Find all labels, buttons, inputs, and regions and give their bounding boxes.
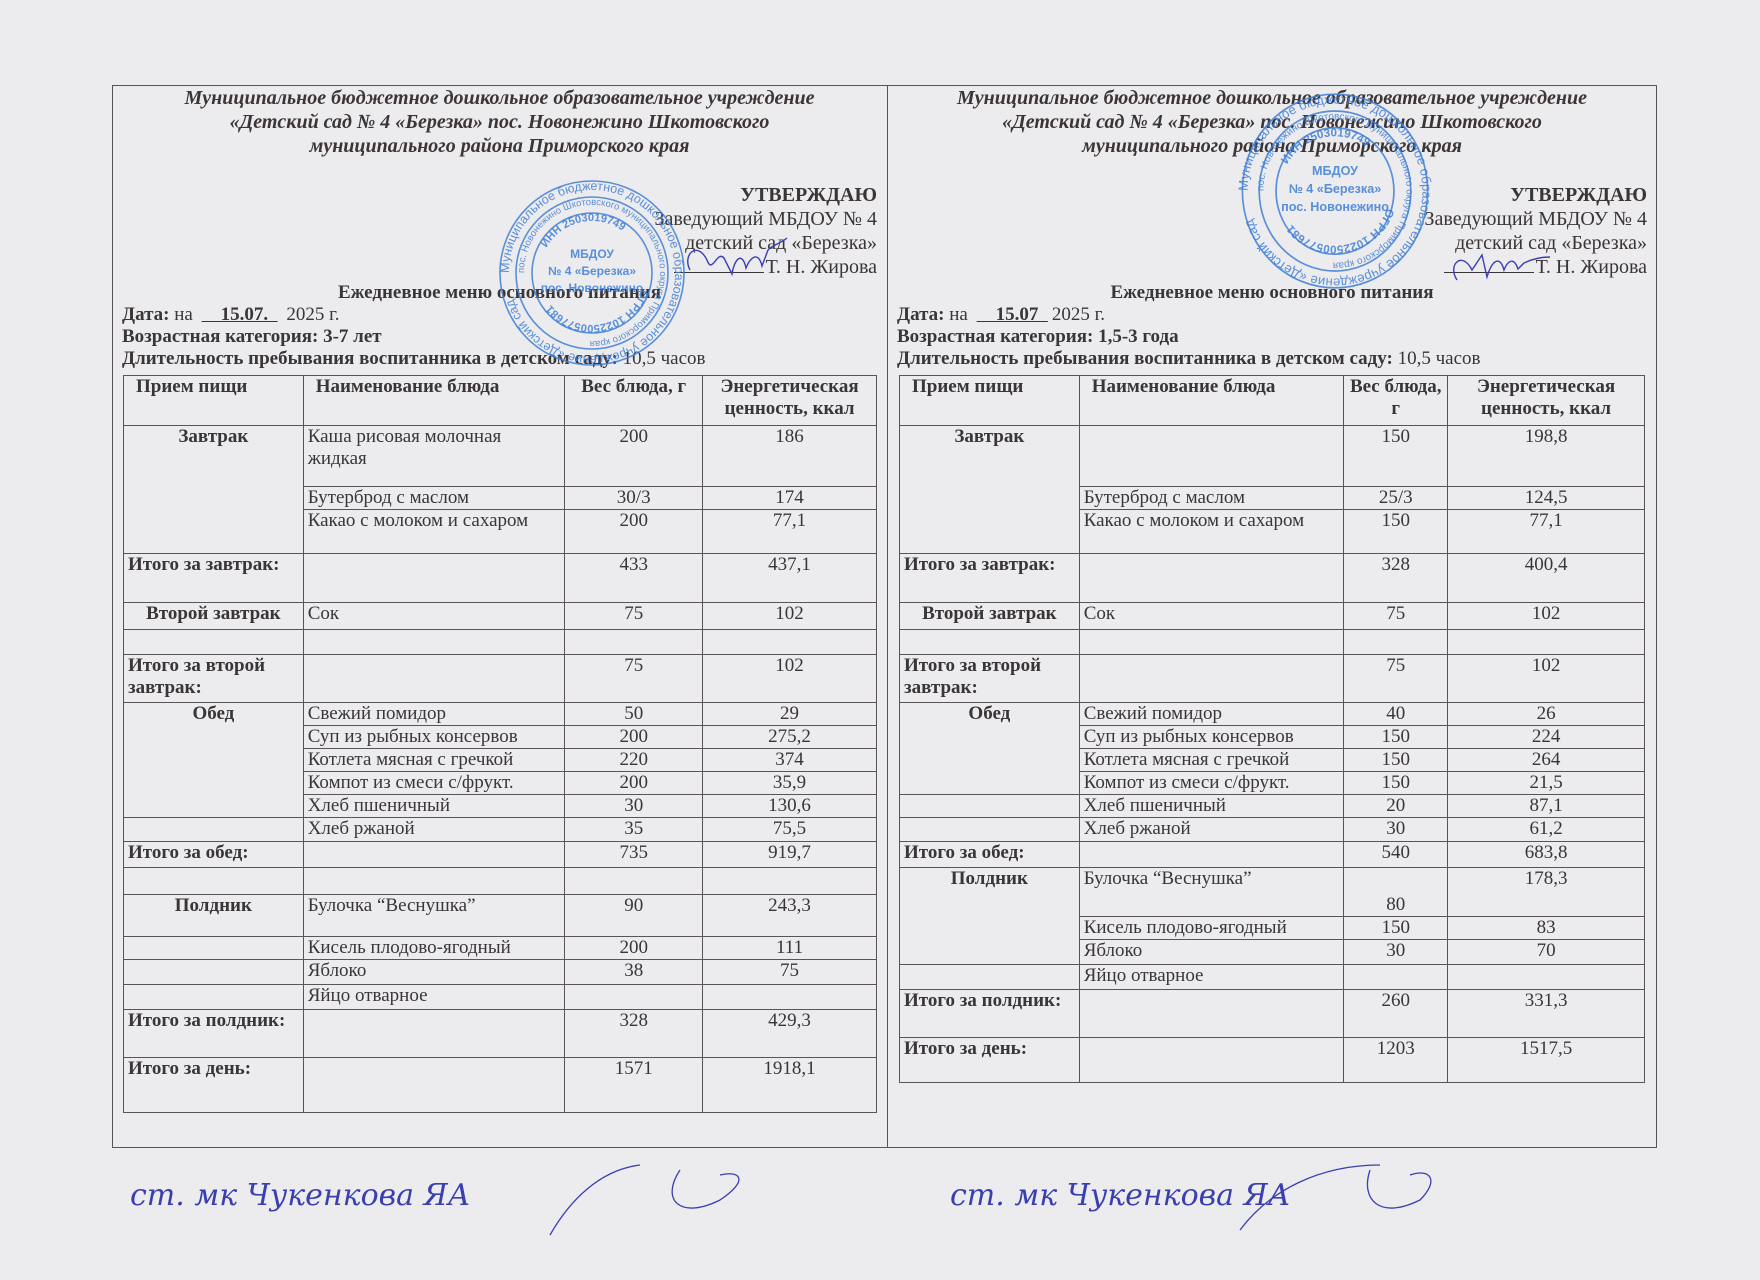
dish-kcal: 400,4 [1448,554,1645,603]
approval-title: УТВЕРЖДАЮ [1425,183,1647,207]
dish-kcal: 275,2 [703,726,877,749]
table-row: Второй завтракСок75102 [900,603,1645,630]
dish-weight: 150 [1344,749,1448,772]
total-label: Итого за день: [900,1038,1080,1083]
stay-line: Длительность пребывания воспитанника в д… [897,348,1481,370]
dish-weight: 75 [565,603,703,630]
dish-kcal: 243,3 [703,895,877,937]
dish-weight: 30 [565,795,703,818]
table-row: Яйцо отварное [124,985,877,1010]
svg-text:пос. Новонежино: пос. Новонежино [1281,200,1389,214]
dish-name [303,868,565,895]
dish-kcal: 29 [703,703,877,726]
date-value: 15.07 [973,304,1052,325]
dish-kcal: 102 [703,655,877,703]
organization-stamp: Муниципальное бюджетное дошкольное образ… [497,178,687,368]
header-weight: Вес блюда, г [1344,376,1448,426]
table-header-row: Прием пищи Наименование блюда Вес блюда,… [900,376,1645,426]
dish-name: Бутерброд с маслом [1079,487,1344,510]
dish-name: Сок [303,603,565,630]
meal-name [900,795,1080,818]
dish-weight: 200 [565,772,703,795]
dish-weight: 150 [1344,426,1448,487]
total-row: Итого за день:15711918,1 [124,1058,877,1113]
dish-weight: 150 [1344,772,1448,795]
dish-weight: 30 [1344,940,1448,965]
dish-kcal: 70 [1448,940,1645,965]
svg-text:МБДОУ: МБДОУ [1312,164,1358,178]
date-value: 15.07. [198,304,282,325]
dish-name [1079,1038,1344,1083]
age-value: 1,5-3 года [1098,326,1179,347]
age-label: Возрастная категория: [897,326,1093,347]
dish-weight [1344,965,1448,990]
dish-kcal: 374 [703,749,877,772]
dish-name: Каша рисовая молочная жидкая [303,426,565,487]
dish-weight: 150 [1344,726,1448,749]
menu-table: Прием пищи Наименование блюда Вес блюда,… [123,375,877,1113]
age-value: 3-7 лет [323,326,382,347]
dish-name [303,842,565,868]
dish-name: Хлеб пшеничный [303,795,565,818]
dish-kcal: 26 [1448,703,1645,726]
dish-name [1079,842,1344,868]
dish-kcal: 75,5 [703,818,877,842]
total-label: Итого за полдник: [124,1010,304,1058]
meal-name: Полдник [900,868,1080,965]
dish-name: Сок [1079,603,1344,630]
meal-name [900,965,1080,990]
dish-name [1079,554,1344,603]
dish-kcal: 429,3 [703,1010,877,1058]
dish-kcal: 186 [703,426,877,487]
age-line: Возрастная категория: 3-7 лет [122,326,382,348]
dish-kcal: 1517,5 [1448,1038,1645,1083]
dish-weight: 1571 [565,1058,703,1113]
dish-weight: 20 [1344,795,1448,818]
dish-name: Какао с молоком и сахаром [303,510,565,554]
dish-kcal: 75 [703,960,877,985]
table-row: Яйцо отварное [900,965,1645,990]
dish-kcal: 87,1 [1448,795,1645,818]
dish-weight: 433 [565,554,703,603]
total-label: Итого за завтрак: [900,554,1080,603]
dish-name [303,1058,565,1113]
dish-kcal: 83 [1448,917,1645,940]
dish-name: Суп из рыбных консервов [303,726,565,749]
dish-kcal [1448,630,1645,655]
total-label: Итого за день: [124,1058,304,1113]
meal-name: Обед [124,703,304,818]
dish-kcal: 1918,1 [703,1058,877,1113]
svg-text:№ 4 «Березка»: № 4 «Березка» [548,264,636,278]
dish-weight: 1203 [1344,1038,1448,1083]
dish-weight: 75 [565,655,703,703]
dish-kcal: 111 [703,937,877,960]
dish-name [1079,655,1344,703]
dish-name: Кисель плодово-ягодный [303,937,565,960]
date-line: Дата: на 15.07. 2025 г. [122,304,340,326]
dish-name: Булочка “Веснушка” [303,895,565,937]
dish-weight: 30 [1344,818,1448,842]
dish-weight: 90 [565,895,703,937]
meal-name [124,937,304,960]
dish-weight: 50 [565,703,703,726]
handwritten-signatures: ст. мк Чукенкова ЯА ст. мк Чукенкова ЯА [120,1160,1600,1250]
dish-name: Компот из смеси с/фрукт. [1079,772,1344,795]
total-row: Итого за обед:540683,8 [900,842,1645,868]
table-row: ПолдникБулочка “Веснушка”80178,3 [900,868,1645,917]
organization-stamp: Муниципальное бюджетное дошкольное образ… [1235,91,1435,291]
dish-kcal: 224 [1448,726,1645,749]
dish-weight: 220 [565,749,703,772]
dish-kcal: 437,1 [703,554,877,603]
total-row: Итого за второй завтрак:75102 [900,655,1645,703]
table-row [900,630,1645,655]
date-year: 2025 г. [1052,304,1105,325]
dish-name [1079,990,1344,1038]
table-header-row: Прием пищи Наименование блюда Вес блюда,… [124,376,877,426]
dish-weight [1344,630,1448,655]
dish-kcal [703,985,877,1010]
dish-weight: 150 [1344,917,1448,940]
dish-name [1079,426,1344,487]
meal-name [124,630,304,655]
dish-name: Яблоко [303,960,565,985]
dish-weight: 35 [565,818,703,842]
director-signature [1442,235,1552,295]
date-label: Дата: [897,304,944,325]
dish-kcal: 331,3 [1448,990,1645,1038]
svg-text:№ 4 «Березка»: № 4 «Березка» [1289,182,1382,196]
meal-name: Полдник [124,895,304,937]
dish-kcal: 21,5 [1448,772,1645,795]
dish-name: Суп из рыбных консервов [1079,726,1344,749]
table-row [124,868,877,895]
table-row: Хлеб ржаной3575,5 [124,818,877,842]
dish-weight: 150 [1344,510,1448,554]
meal-name [124,818,304,842]
dish-name [1079,630,1344,655]
dish-name: Кисель плодово-ягодный [1079,917,1344,940]
dish-weight: 200 [565,726,703,749]
meal-name: Второй завтрак [900,603,1080,630]
stay-label: Длительность пребывания воспитанника в д… [897,348,1393,369]
meal-name [124,960,304,985]
date-label: Дата: [122,304,169,325]
dish-weight: 540 [1344,842,1448,868]
dish-kcal: 124,5 [1448,487,1645,510]
meal-name [124,985,304,1010]
dish-weight: 40 [1344,703,1448,726]
table-row: ОбедСвежий помидор5029 [124,703,877,726]
total-row: Итого за день:12031517,5 [900,1038,1645,1083]
dish-kcal: 178,3 [1448,868,1645,917]
menu-panel-3-7: Муниципальное бюджетное дошкольное образ… [112,85,887,1148]
meal-name: Завтрак [900,426,1080,554]
total-label: Итого за обед: [900,842,1080,868]
meal-name [124,868,304,895]
dish-weight [565,985,703,1010]
table-row: ЗавтракКаша рисовая молочная жидкая20018… [124,426,877,487]
dish-weight: 38 [565,960,703,985]
dish-name: Яйцо отварное [1079,965,1344,990]
dish-kcal: 130,6 [703,795,877,818]
total-row: Итого за обед:735919,7 [124,842,877,868]
dish-weight: 25/3 [1344,487,1448,510]
approval-title: УТВЕРЖДАЮ [655,183,877,207]
table-row: ПолдникБулочка “Веснушка”90243,3 [124,895,877,937]
dish-name: Яблоко [1079,940,1344,965]
total-row: Итого за полдник:260331,3 [900,990,1645,1038]
total-label: Итого за второй завтрак: [124,655,304,703]
table-row: Второй завтракСок75102 [124,603,877,630]
handwritten-right: ст. мк Чукенкова ЯА [950,1178,1290,1213]
dish-name: Котлета мясная с гречкой [303,749,565,772]
table-row [124,630,877,655]
dish-kcal: 61,2 [1448,818,1645,842]
dish-weight: 80 [1344,868,1448,917]
table-row: Яблоко3875 [124,960,877,985]
total-label: Итого за обед: [124,842,304,868]
meal-name [900,630,1080,655]
header-dish: Наименование блюда [303,376,565,426]
meal-name [900,818,1080,842]
dish-name: Компот из смеси с/фрукт. [303,772,565,795]
header-kcal: Энергетическая ценность, ккал [1448,376,1645,426]
dish-name: Хлеб ржаной [1079,818,1344,842]
dish-kcal: 919,7 [703,842,877,868]
dish-weight: 30/3 [565,487,703,510]
dish-name: Бутерброд с маслом [303,487,565,510]
dish-weight: 260 [1344,990,1448,1038]
org-line-3: муниципального района Приморского края [112,134,887,158]
total-row: Итого за полдник:328429,3 [124,1010,877,1058]
date-year: 2025 г. [286,304,339,325]
meal-name: Второй завтрак [124,603,304,630]
dish-name: Яйцо отварное [303,985,565,1010]
organization-header: Муниципальное бюджетное дошкольное образ… [112,85,887,158]
dish-weight: 200 [565,937,703,960]
date-line: Дата: на 15.072025 г. [897,304,1105,326]
dish-weight [565,868,703,895]
dish-weight: 735 [565,842,703,868]
approval-position-1: Заведующий МБДОУ № 4 [1425,207,1647,231]
table-row: Хлеб пшеничный2087,1 [900,795,1645,818]
total-label: Итого за второй завтрак: [900,655,1080,703]
svg-text:пос. Новонежино: пос. Новонежино [541,281,644,295]
total-label: Итого за полдник: [900,990,1080,1038]
dish-kcal: 264 [1448,749,1645,772]
dish-weight: 328 [565,1010,703,1058]
dish-name: Свежий помидор [1079,703,1344,726]
table-row: Хлеб ржаной3061,2 [900,818,1645,842]
dish-name [303,655,565,703]
dish-name [303,1010,565,1058]
dish-name: Свежий помидор [303,703,565,726]
svg-text:МБДОУ: МБДОУ [570,247,614,261]
dish-weight: 200 [565,510,703,554]
dish-kcal [703,630,877,655]
header-kcal: Энергетическая ценность, ккал [703,376,877,426]
dish-name: Котлета мясная с гречкой [1079,749,1344,772]
total-row: Итого за второй завтрак:75102 [124,655,877,703]
approver-name: Т. Н. Жирова [1536,256,1647,278]
dish-kcal: 102 [1448,655,1645,703]
handwritten-left: ст. мк Чукенкова ЯА [130,1178,470,1213]
meal-name: Обед [900,703,1080,795]
table-row: Кисель плодово-ягодный200111 [124,937,877,960]
dish-kcal: 35,9 [703,772,877,795]
dish-weight: 200 [565,426,703,487]
dish-name [303,554,565,603]
dish-weight [565,630,703,655]
approval-position-1: Заведующий МБДОУ № 4 [655,207,877,231]
dish-weight: 75 [1344,603,1448,630]
table-row: ОбедСвежий помидор4026 [900,703,1645,726]
dish-kcal: 174 [703,487,877,510]
dish-weight: 75 [1344,655,1448,703]
dish-kcal: 102 [703,603,877,630]
total-row: Итого за завтрак:328400,4 [900,554,1645,603]
dish-kcal: 77,1 [703,510,877,554]
dish-kcal [1448,965,1645,990]
dish-name: Хлеб пшеничный [1079,795,1344,818]
total-row: Итого за завтрак:433437,1 [124,554,877,603]
age-line: Возрастная категория: 1,5-3 года [897,326,1179,348]
header-meal: Прием пищи [124,376,304,426]
total-label: Итого за завтрак: [124,554,304,603]
dish-name [303,630,565,655]
dish-weight: 328 [1344,554,1448,603]
dish-kcal [703,868,877,895]
stay-value: 10,5 часов [1398,348,1481,369]
meal-name: Завтрак [124,426,304,554]
org-line-2: «Детский сад № 4 «Березка» пос. Новонежи… [112,110,887,134]
header-dish: Наименование блюда [1079,376,1344,426]
date-prefix: на [949,304,968,325]
director-signature [672,230,792,290]
table-row: Завтрак150198,8 [900,426,1645,487]
menu-panel-1-5-3: Муниципальное бюджетное дошкольное образ… [887,85,1657,1148]
dish-name: Хлеб ржаной [303,818,565,842]
header-meal: Прием пищи [900,376,1080,426]
date-prefix: на [174,304,193,325]
dish-kcal: 102 [1448,603,1645,630]
dish-name: Какао с молоком и сахаром [1079,510,1344,554]
header-weight: Вес блюда, г [565,376,703,426]
dish-name: Булочка “Веснушка” [1079,868,1344,917]
dish-kcal: 683,8 [1448,842,1645,868]
dish-kcal: 77,1 [1448,510,1645,554]
age-label: Возрастная категория: [122,326,318,347]
org-line-1: Муниципальное бюджетное дошкольное образ… [112,86,887,110]
dish-kcal: 198,8 [1448,426,1645,487]
menu-table: Прием пищи Наименование блюда Вес блюда,… [899,375,1645,1083]
